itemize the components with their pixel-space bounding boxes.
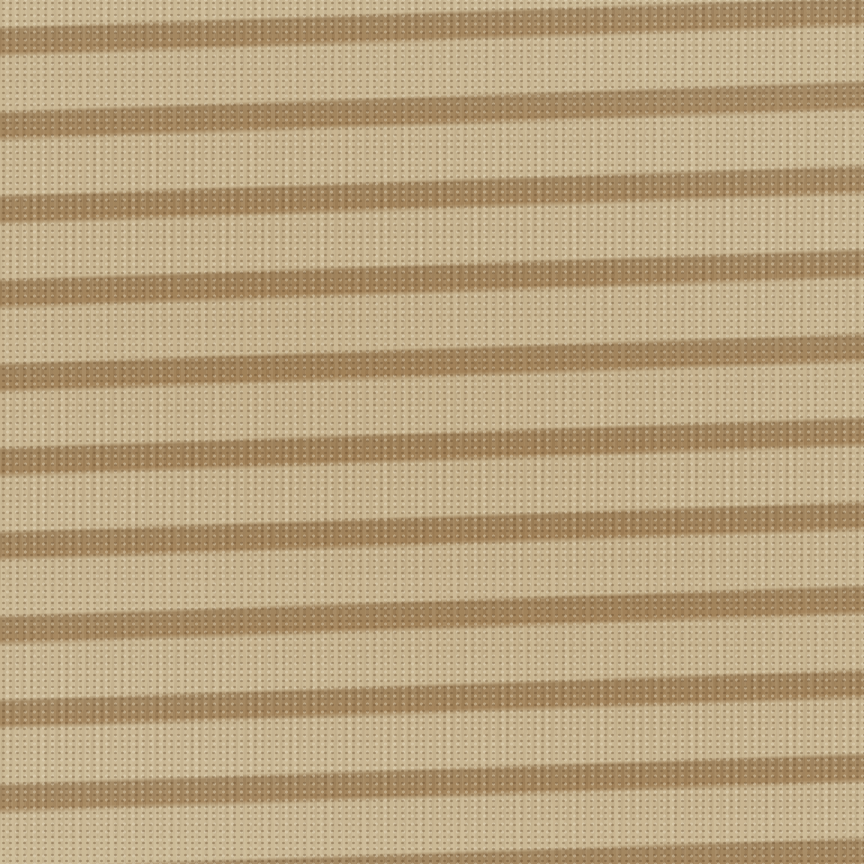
texture-speckle	[0, 0, 864, 864]
carpet-texture	[0, 0, 864, 864]
